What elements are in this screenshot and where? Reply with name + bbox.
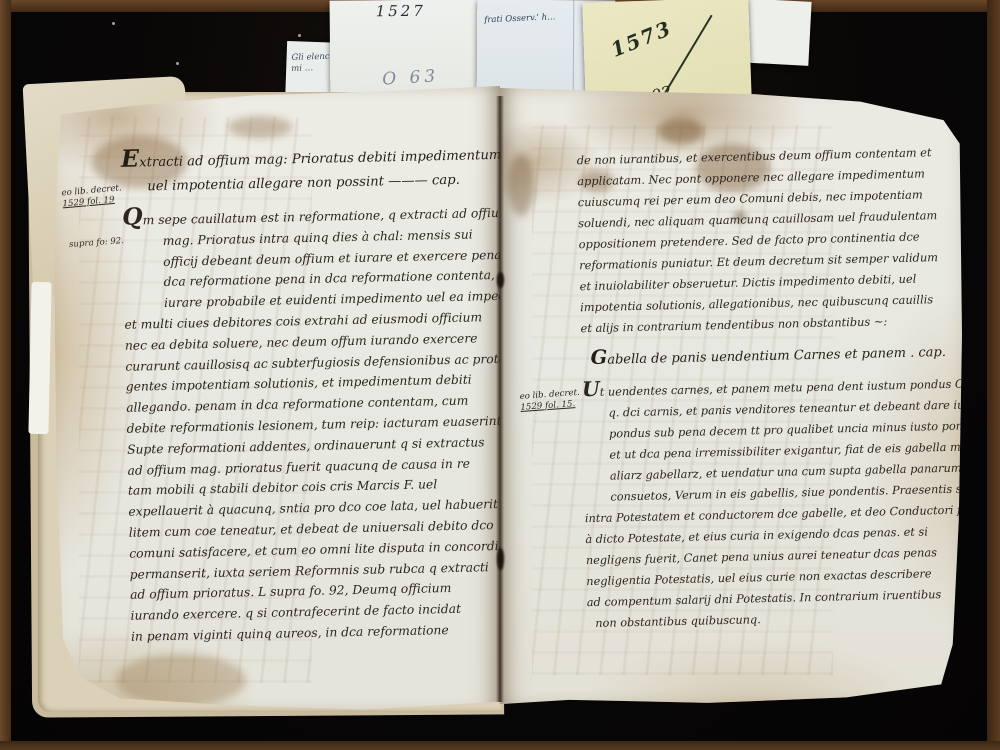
left-page-text: Extracti ad offium mag: Prioratus debiti… [117, 142, 495, 647]
margin-note-left-lower: supra fo: 92. [69, 236, 125, 250]
margin-note-right: eo lib. decret.1529 fol. 15. [515, 388, 581, 413]
book-gutter [496, 96, 504, 702]
left-page-heading: Extracti ad offium mag: Prioratus debiti… [117, 142, 486, 200]
stain [116, 654, 246, 706]
slip-1573-number: 1573 [607, 16, 675, 62]
stain [228, 116, 292, 138]
heading-line: Gabella de panis uendentium Carnes et pa… [577, 341, 955, 374]
left-page: eo lib. decret.1529 fol. 19 supra fo: 92… [52, 86, 500, 714]
dust-speck [112, 22, 115, 25]
slip-fold-line [573, 0, 575, 96]
manuscript-photo: Gli elenci ne mi … 1527 O 63 frati Osser… [0, 0, 1000, 750]
left-page-body: Qm sepe cauillatum est in reformatione, … [118, 200, 495, 647]
right-page-section2: Ut uendentes carnes, et panem metu pena … [578, 373, 962, 635]
gutter-ink-blob [497, 548, 504, 570]
margin-note-left-upper: eo lib. decret.1529 fol. 19 [57, 183, 123, 210]
slip-1527-number: 1527 [376, 2, 426, 20]
right-page-text: de non iurantibus, et exercentibus deum … [573, 142, 962, 634]
dust-speck [176, 62, 179, 65]
table-edge-right [987, 0, 1000, 750]
right-page-heading: Gabella de panis uendentium Carnes et pa… [577, 341, 955, 374]
slip-frati-label: frati Osserv.' h… [484, 12, 556, 25]
stain [658, 118, 704, 144]
right-page-section1: de non iurantibus, et exercentibus deum … [573, 142, 955, 340]
gutter-ink-blob [497, 272, 504, 288]
table-edge-left [0, 0, 11, 750]
slip-1527: 1527 O 63 [330, 0, 479, 101]
stain [508, 154, 534, 216]
table-edge-bottom [0, 741, 1000, 750]
right-page: eo lib. decret.1529 fol. 15. de non iura… [500, 88, 962, 706]
slip-1527-lower-number: O 63 [382, 66, 440, 89]
page-edge-sliver [28, 282, 51, 434]
slip-1573: 1573 92 [582, 0, 751, 106]
dust-speck [298, 34, 301, 37]
